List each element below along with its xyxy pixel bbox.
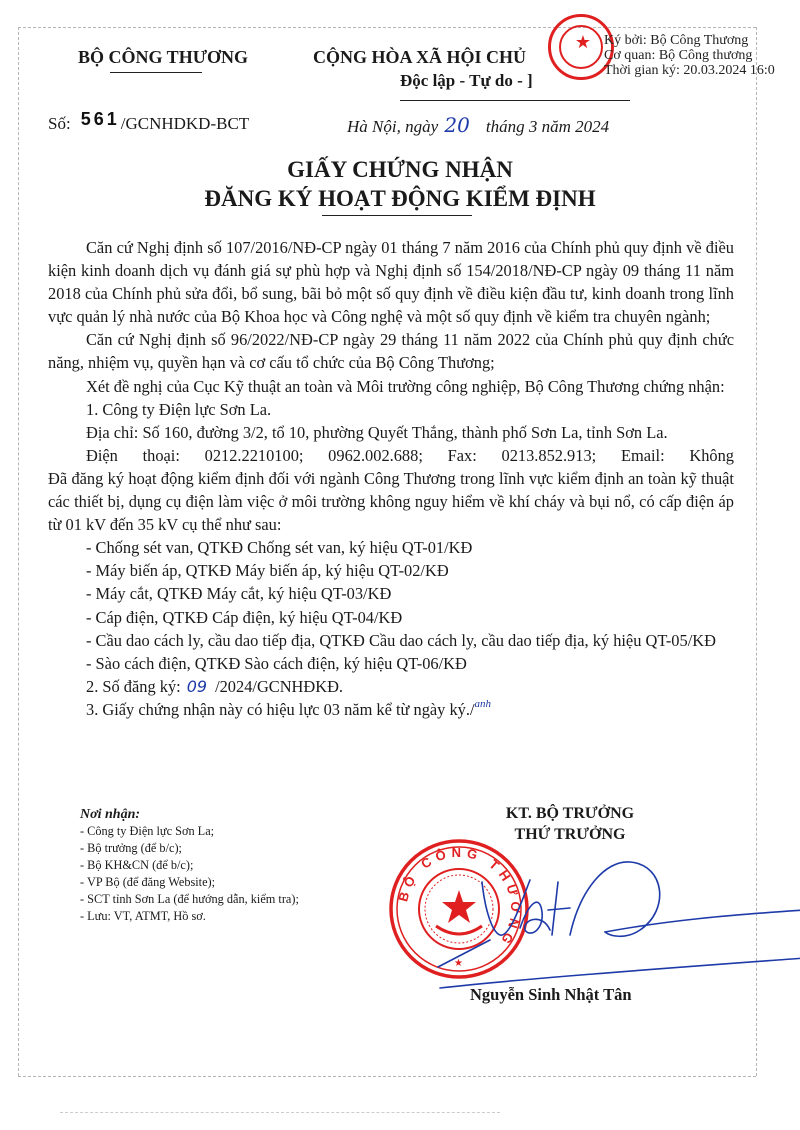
registration-number: 2. Số đăng ký:09/2024/GCNHĐKĐ. (48, 675, 734, 698)
validity-statement: 3. Giấy chứng nhận này có hiệu lực 03 nă… (48, 698, 734, 724)
legal-basis-1: Căn cứ Nghị định số 107/2016/NĐ-CP ngày … (48, 236, 734, 328)
equipment-item: - Cáp điện, QTKĐ Cáp điện, ký hiệu QT-04… (48, 606, 734, 629)
equipment-item: - Chống sét van, QTKĐ Chống sét van, ký … (48, 536, 734, 559)
validity-text: 3. Giấy chứng nhận này có hiệu lực 03 nă… (86, 700, 475, 719)
recipient-item: - Công ty Điện lực Sơn La; (80, 823, 299, 840)
title-underline (322, 215, 472, 216)
national-title: CỘNG HÒA XÃ HỘI CHỦ (313, 47, 526, 68)
reg-number-prefix: 2. Số đăng ký: (86, 677, 181, 696)
signed-by: Ký bởi: Bộ Công Thương (604, 33, 775, 48)
legal-basis-2: Căn cứ Nghị định số 96/2022/NĐ-CP ngày 2… (48, 328, 734, 374)
equipment-item: - Sào cách điện, QTKĐ Sào cách điện, ký … (48, 652, 734, 675)
motto-underline (400, 100, 630, 101)
signing-agency: Cơ quan: Bộ Công thương (604, 48, 775, 63)
digital-signature-info: Ký bởi: Bộ Công Thương Cơ quan: Bộ Công … (604, 33, 775, 78)
recipients-list: Nơi nhận: - Công ty Điện lực Sơn La; - B… (80, 806, 299, 925)
issuing-organization: BỘ CÔNG THƯƠNG (78, 47, 248, 68)
scan-border-left (18, 27, 19, 1076)
recipients-heading: Nơi nhận: (80, 806, 299, 823)
scan-bottom-rule (60, 1112, 500, 1113)
organization-underline (110, 72, 202, 73)
scan-border-top (18, 27, 756, 28)
scan-border-bottom (18, 1076, 756, 1077)
reg-number-suffix: /2024/GCNHĐKĐ. (215, 677, 343, 696)
recipient-item: - SCT tỉnh Sơn La (để hướng dẫn, kiểm tr… (80, 891, 299, 908)
place-and-date: Hà Nội, ngày 20tháng 3 năm 2024 (347, 113, 609, 137)
signer-name: Nguyễn Sinh Nhật Tân (470, 985, 632, 1005)
recipient-item: - Bộ KH&CN (để b/c); (80, 857, 299, 874)
recipient-item: - Bộ trưởng (để b/c); (80, 840, 299, 857)
equipment-item: - Cầu dao cách ly, cầu dao tiếp địa, QTK… (48, 629, 734, 652)
recipient-item: - Lưu: VT, ATMT, Hồ sơ. (80, 908, 299, 925)
place-date-prefix: Hà Nội, ngày (347, 117, 438, 136)
certificate-body: Căn cứ Nghị định số 107/2016/NĐ-CP ngày … (48, 236, 734, 724)
proposal-statement: Xét đề nghị của Cục Kỹ thuật an toàn và … (48, 375, 734, 398)
item-company: 1. Công ty Điện lực Sơn La. (48, 398, 734, 421)
equipment-item: - Máy cắt, QTKĐ Máy cắt, ký hiệu QT-03/K… (48, 582, 734, 605)
document-title-line1: GIẤY CHỨNG NHẬN (0, 157, 800, 183)
document-title-line2: ĐĂNG KÝ HOẠT ĐỘNG KIỂM ĐỊNH (0, 186, 800, 212)
date-day-handwritten: 20 (444, 113, 469, 137)
registration-scope: Đã đăng ký hoạt động kiểm định đối với n… (48, 467, 734, 536)
company-email: Email: Không (621, 446, 734, 465)
company-address: Địa chỉ: Số 160, đường 3/2, tổ 10, phườn… (48, 421, 734, 444)
paraph-initials: anh (475, 698, 492, 710)
company-phone: Điện thoại: 0212.2210100; 0962.002.688; (86, 446, 423, 465)
company-contacts: Điện thoại: 0212.2210100; 0962.002.688; … (48, 444, 734, 467)
doc-number-handwritten: 561 (81, 109, 120, 129)
doc-number-prefix: Số: (48, 114, 71, 133)
company-fax: Fax: 0213.852.913; (448, 446, 597, 465)
national-motto: Độc lập - Tự do - ] (400, 71, 533, 91)
recipient-item: - VP Bộ (để đăng Website); (80, 874, 299, 891)
document-number: Số:561/GCNHDKD-BCT (48, 113, 249, 134)
place-date-suffix: tháng 3 năm 2024 (486, 117, 609, 136)
signed-time: Thời gian ký: 20.03.2024 16:0 (604, 63, 775, 78)
doc-number-suffix: /GCNHDKD-BCT (121, 114, 249, 133)
handwritten-signature (430, 840, 800, 1000)
equipment-item: - Máy biến áp, QTKĐ Máy biến áp, ký hiệu… (48, 559, 734, 582)
signer-on-behalf: KT. BỘ TRƯỞNG (480, 805, 660, 823)
reg-number-handwritten: 09 (187, 677, 207, 696)
